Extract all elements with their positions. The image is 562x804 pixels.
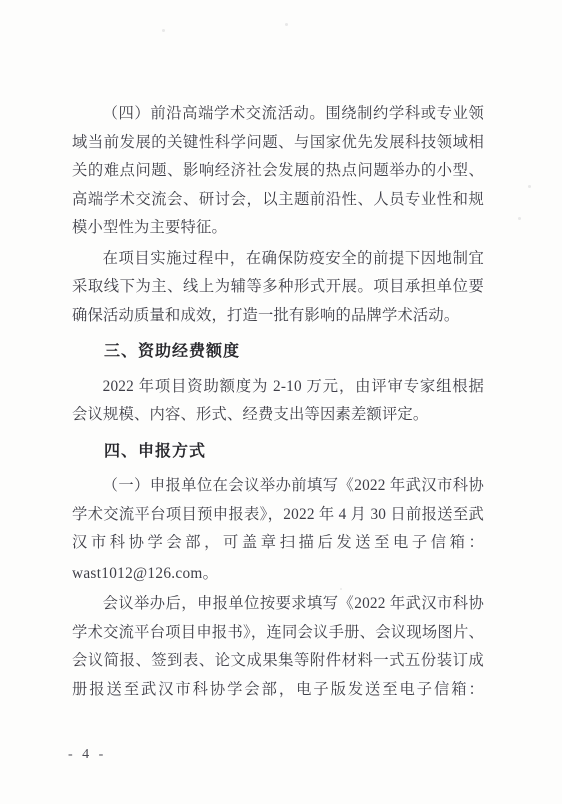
scan-speck [340, 588, 342, 590]
scan-speck [285, 23, 288, 26]
scan-speck [518, 217, 521, 220]
scan-speck [162, 29, 165, 32]
paragraph-frontier-activities: （四）前沿高端学术交流活动。围绕制约学科或专业领域当前发展的关键性科学问题、与国… [72, 100, 484, 243]
page-number: - 4 - [68, 746, 106, 764]
heading-application-method: 四、申报方式 [72, 438, 484, 467]
paragraph-funding-range: 2022 年项目资助额度为 2-10 万元，由评审专家组根据会议规模、内容、形式… [72, 373, 484, 430]
scan-speck [528, 185, 531, 188]
document-content: （四）前沿高端学术交流活动。围绕制约学科或专业领域当前发展的关键性科学问题、与国… [72, 100, 484, 706]
paragraph-implementation-requirements: 在项目实施过程中，在确保防疫安全的前提下因地制宜采取线下为主、线上为辅等多种形式… [72, 245, 484, 331]
paragraph-pre-application: （一）申报单位在会议举办前填写《2022 年武汉市科协学术交流平台项目预申报表》… [72, 472, 484, 558]
email-address-line: wast1012@126.com。 [72, 560, 484, 589]
document-page: （四）前沿高端学术交流活动。围绕制约学科或专业领域当前发展的关键性科学问题、与国… [0, 0, 562, 804]
heading-funding-amount: 三、资助经费额度 [72, 338, 484, 367]
paragraph-post-application: 会议举办后，申报单位按要求填写《2022 年武汉市科协学术交流平台项目申报书》，… [72, 590, 484, 704]
